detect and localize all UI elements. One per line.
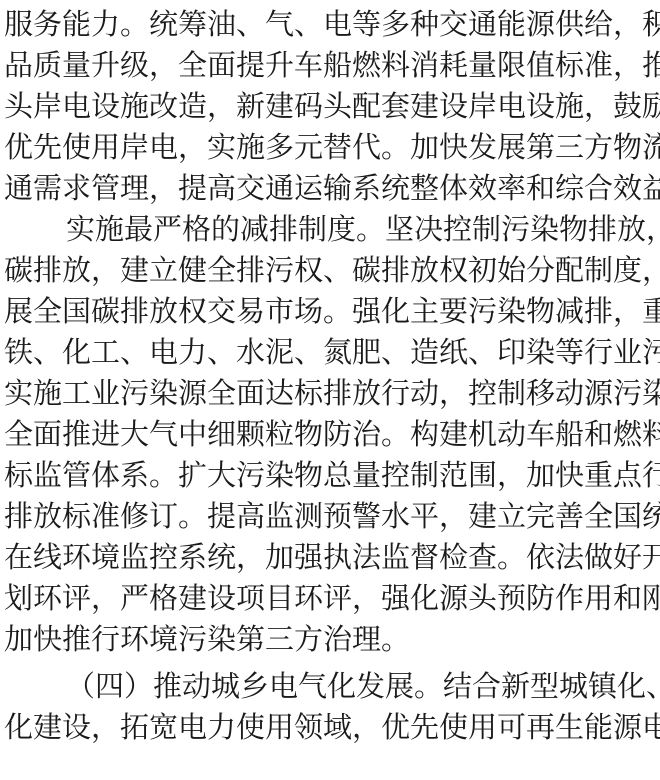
text-line: 优先使用岸电，实施多元替代。加快发展第三方物流，优化交 (4, 129, 656, 165)
text-line: 排放标准修订。提高监测预警水平，建立完善全国统一的实时 (4, 498, 656, 534)
text-line: 标监管体系。扩大污染物总量控制范围，加快重点行业污染物 (4, 457, 656, 493)
text-line: 实施工业污染源全面达标排放行动，控制移动源污染物排放。 (4, 375, 656, 411)
text-line: 服务能力。统筹油、气、电等多种交通能源供给，积极推动油 (4, 6, 656, 42)
document-page: 服务能力。统筹油、气、电等多种交通能源供给，积极推动油 品质量升级，全面提升车船… (0, 0, 660, 780)
text-line: 铁、化工、电力、水泥、氮肥、造纸、印染等行业污染控制， (4, 334, 656, 370)
text-line: 头岸电设施改造，新建码头配套建设岸电设施，鼓励靠港船舶 (4, 88, 656, 124)
text-line: 展全国碳排放权交易市场。强化主要污染物减排，重点加强钢 (4, 293, 656, 329)
text-line: 化建设，拓宽电力使用领域，优先使用可再生能源电力，同步 (4, 709, 656, 745)
section-heading-line: （四）推动城乡电气化发展。结合新型城镇化、农业现代 (66, 668, 656, 704)
text-line: 品质量升级，全面提升车船燃料消耗量限值标准，推进现有码 (4, 47, 656, 83)
text-line: 加快推行环境污染第三方治理。 (4, 621, 656, 657)
text-line: 通需求管理，提高交通运输系统整体效率和综合效益。 (4, 170, 656, 206)
text-line: 全面推进大气中细颗粒物防治。构建机动车船和燃料油环保达 (4, 416, 656, 452)
paragraph-first-line: 实施最严格的减排制度。坚决控制污染物排放，主动控制 (66, 211, 656, 247)
text-line: 碳排放，建立健全排污权、碳排放权初始分配制度，培育和发 (4, 252, 656, 288)
text-line: 划环评，严格建设项目环评，强化源头预防作用和刚性约束， (4, 580, 656, 616)
text-line: 在线环境监控系统，加强执法监督检查。依法做好开发利用规 (4, 539, 656, 575)
